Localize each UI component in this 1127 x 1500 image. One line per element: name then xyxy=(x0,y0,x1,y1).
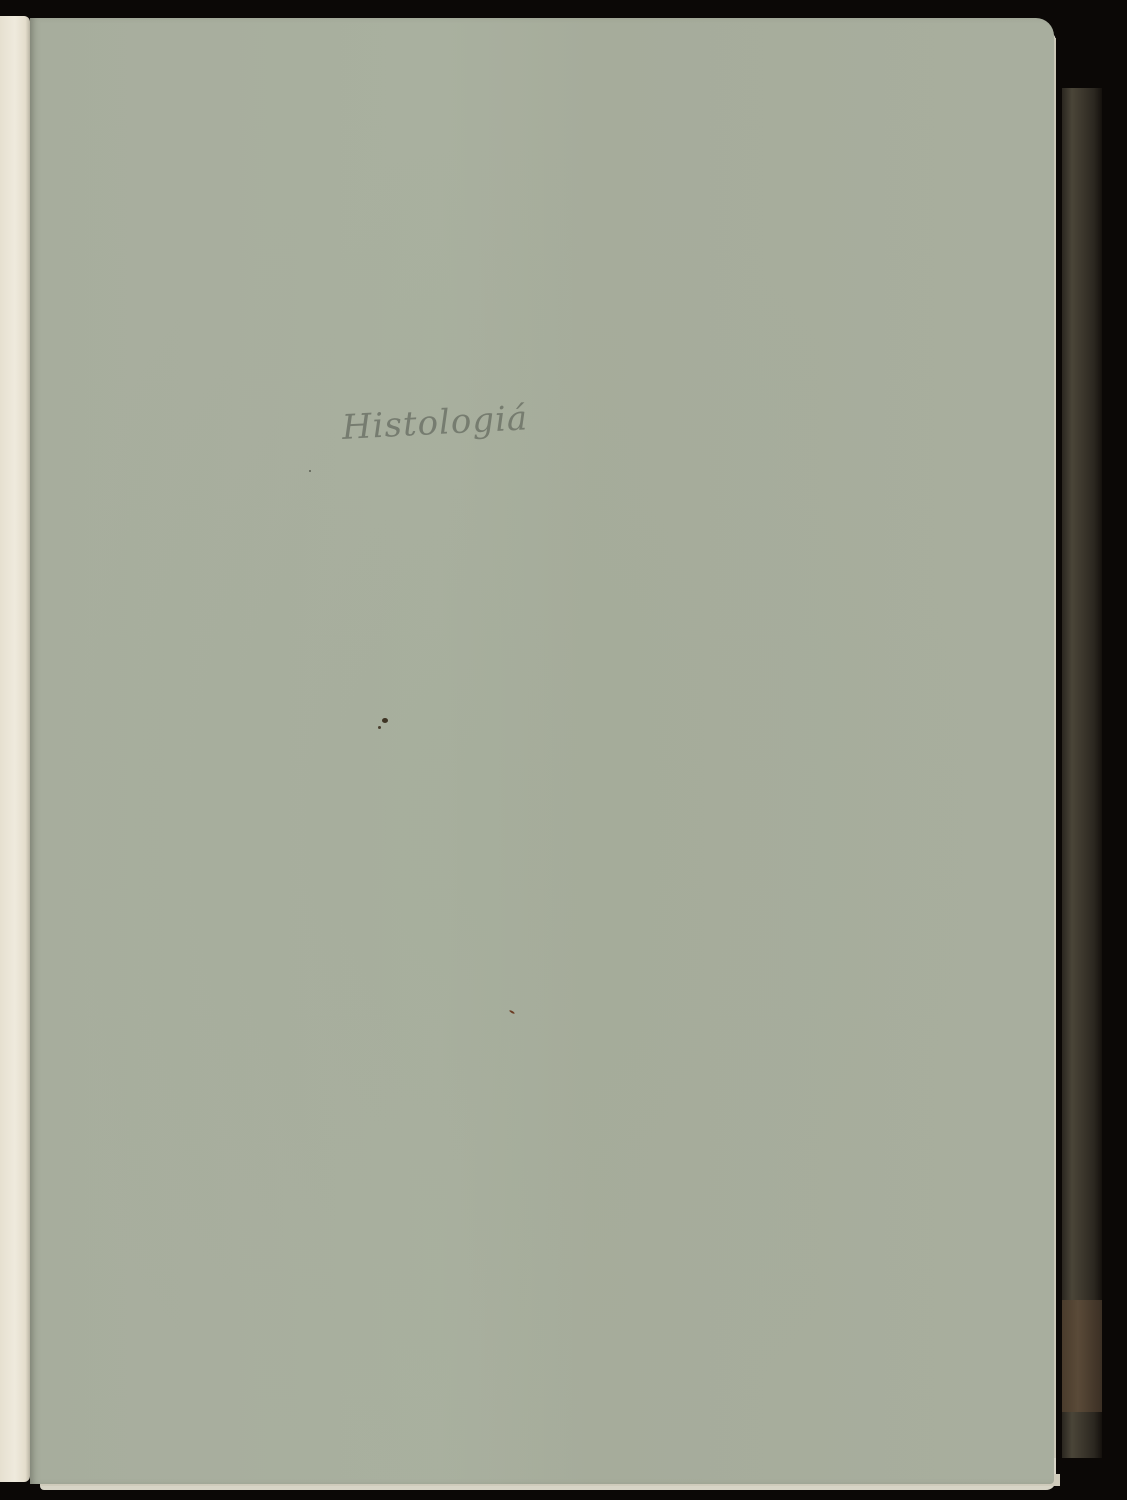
ink-spot xyxy=(378,726,381,729)
book-fore-edge xyxy=(1062,88,1102,1458)
green-page xyxy=(30,18,1054,1484)
pencil-dot xyxy=(309,470,311,472)
ink-spot xyxy=(382,718,388,723)
book-fore-edge-lower xyxy=(1062,1300,1102,1412)
facing-left-page xyxy=(0,16,30,1482)
